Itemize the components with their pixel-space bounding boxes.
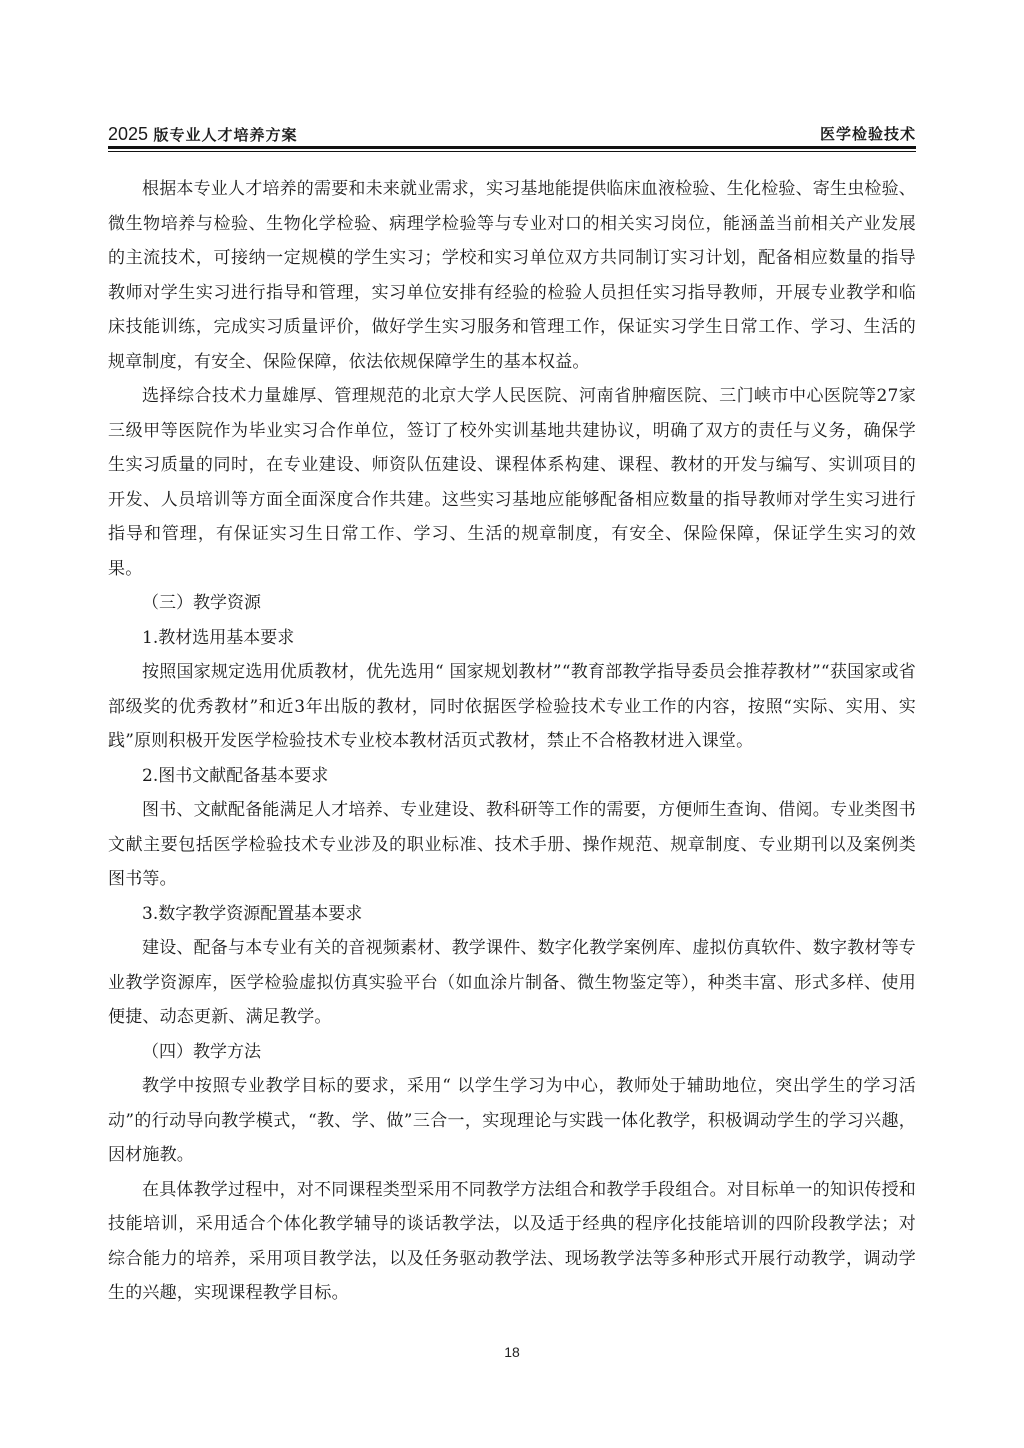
- header-major-name: 医学检验技术: [820, 124, 916, 144]
- subheading-library-resources: 2.图书文献配备基本要求: [108, 759, 916, 794]
- paragraph-textbook-selection: 按照国家规定选用优质教材，优先选用“ 国家规划教材”“教育部教学指导委员会推荐教…: [108, 655, 916, 759]
- subheading-textbook-selection: 1.教材选用基本要求: [108, 621, 916, 656]
- section-heading-teaching-resources: （三）教学资源: [108, 586, 916, 621]
- subheading-digital-resources: 3.数字教学资源配置基本要求: [108, 897, 916, 932]
- paragraph-library-resources: 图书、文献配备能满足人才培养、专业建设、教科研等工作的需要，方便师生查询、借阅。…: [108, 793, 916, 897]
- header-rule-thin: [108, 151, 916, 152]
- paragraph-internship-base-requirements: 根据本专业人才培养的需要和未来就业需求，实习基地能提供临床血液检验、生化检验、寄…: [108, 172, 916, 379]
- header-year: 2025: [108, 124, 148, 144]
- section-heading-teaching-methods: （四）教学方法: [108, 1035, 916, 1070]
- header-rule-thick: [108, 146, 916, 149]
- paragraph-teaching-process: 在具体教学过程中，对不同课程类型采用不同教学方法组合和教学手段组合。对目标单一的…: [108, 1173, 916, 1311]
- page-number: 18: [0, 1344, 1024, 1360]
- paragraph-partner-hospitals: 选择综合技术力量雄厚、管理规范的北京大学人民医院、河南省肿瘤医院、三门峡市中心医…: [108, 379, 916, 586]
- page-header: 2025 版专业人才培养方案 医学检验技术: [108, 124, 916, 144]
- header-document-title: 2025 版专业人才培养方案: [108, 124, 297, 145]
- paragraph-teaching-mode: 教学中按照专业教学目标的要求，采用“ 以学生学习为中心，教师处于辅助地位，突出学…: [108, 1069, 916, 1173]
- header-plan-title: 版专业人才培养方案: [153, 126, 297, 144]
- page-body: 根据本专业人才培养的需要和未来就业需求，实习基地能提供临床血液检验、生化检验、寄…: [108, 172, 916, 1311]
- paragraph-digital-resources: 建设、配备与本专业有关的音视频素材、教学课件、数字化教学案例库、虚拟仿真软件、数…: [108, 931, 916, 1035]
